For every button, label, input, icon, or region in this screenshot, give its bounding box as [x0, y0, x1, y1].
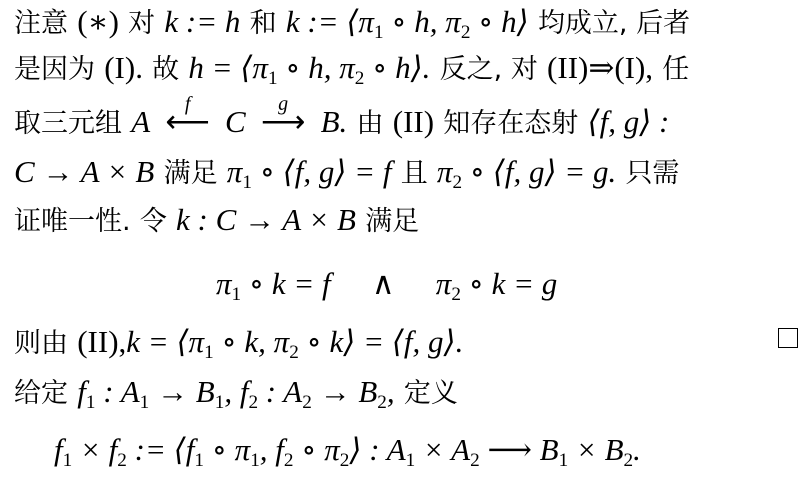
text-define: 定义 [404, 378, 458, 409]
qed-square-icon [778, 328, 798, 348]
text-line-given: 给定 f1 : A1 → B1, f2 : A2 → B2, 定义 [14, 374, 458, 412]
text-line-4: C → A × B 满足 π1 ∘ ⟨f, g⟩ = f 且 π2 ∘ ⟨f, … [14, 154, 679, 192]
math-k-type: k : C → A × B [176, 202, 356, 237]
text-and-also: 且 [401, 158, 428, 189]
text-by: 由 [357, 108, 384, 139]
text-for: 对 [128, 8, 155, 39]
text-note: 注意 [14, 8, 68, 39]
text-let: 令 [140, 206, 167, 237]
math-ref-II-2: (II), [77, 324, 126, 359]
text-prove-uniqueness: 证唯一性. [14, 206, 131, 237]
math-A: A [131, 104, 150, 139]
text-given: 给定 [14, 378, 68, 409]
math-k-def-pair: k := ⟨π1 ∘ h, π2 ∘ h⟩ [286, 4, 529, 39]
math-pi2-eq-g: π2 ∘ ⟨f, g⟩ = g. [437, 154, 616, 189]
display-equation-1: π1 ∘ k = f ∧ π2 ∘ k = g [216, 266, 557, 302]
display-equation-2: f1 × f2 := ⟨f1 ∘ π1, f2 ∘ π2⟩ : A1 × A2 … [54, 432, 641, 468]
text-take: 任 [662, 54, 689, 85]
math-k-eq-fg: k = ⟨π1 ∘ k, π2 ∘ k⟩ = ⟨f, g⟩. [126, 324, 463, 359]
text-line-5: 证唯一性. 令 k : C → A × B 满足 [14, 202, 419, 240]
text-therefore: 故 [152, 54, 179, 85]
text-conversely: 反之, 对 [440, 54, 538, 85]
text-only-need: 只需 [625, 158, 679, 189]
math-fg-pair: ⟨f, g⟩ : [587, 104, 669, 139]
text-take-triple: 取三元组 [14, 108, 122, 139]
text-line-2: 是因为 (I). 故 h = ⟨π1 ∘ h, π2 ∘ h⟩. 反之, 对 (… [14, 50, 689, 88]
math-ref-I: (I). [104, 50, 143, 85]
math-C: C [225, 104, 246, 139]
math-k-def-h: k := h [164, 4, 240, 39]
text-and: 和 [250, 8, 277, 39]
text-then-by: 则由 [14, 328, 68, 359]
math-wedge: ∧ [372, 266, 395, 301]
math-h-eq-pair: h = ⟨π1 ∘ h, π2 ∘ h⟩. [188, 50, 430, 85]
text-because: 是因为 [14, 54, 95, 85]
math-f1-f2-types: f1 : A1 → B1, f2 : A2 → B2, [77, 374, 394, 409]
right-arrow-g: ⟶g [261, 104, 305, 140]
math-ref-II: (II) [393, 104, 434, 139]
math-star-label: (∗) [77, 4, 119, 39]
left-arrow-f: ⟵f [165, 104, 209, 140]
text-line-1: 注意 (∗) 对 k := h 和 k := ⟨π1 ∘ h, π2 ∘ h⟩ … [14, 4, 690, 42]
math-B: B. [321, 104, 348, 139]
math-pi1-eq-f: π1 ∘ ⟨f, g⟩ = f [227, 154, 392, 189]
text-satisfies-2: 满足 [365, 206, 419, 237]
text-line-3: 取三元组 A ⟵f C ⟶g B. 由 (II) 知存在态射 ⟨f, g⟩ : [14, 104, 669, 142]
text-satisfies: 满足 [164, 158, 218, 189]
math-II-implies-I: (II)⇒(I), [547, 50, 653, 85]
text-exists-morphism: 知存在态射 [443, 108, 578, 139]
text-line-conclusion: 则由 (II),k = ⟨π1 ∘ k, π2 ∘ k⟩ = ⟨f, g⟩. [14, 324, 463, 362]
math-C-to-AxB: C → A × B [14, 154, 154, 189]
text-holds: 均成立, 后者 [538, 8, 690, 39]
